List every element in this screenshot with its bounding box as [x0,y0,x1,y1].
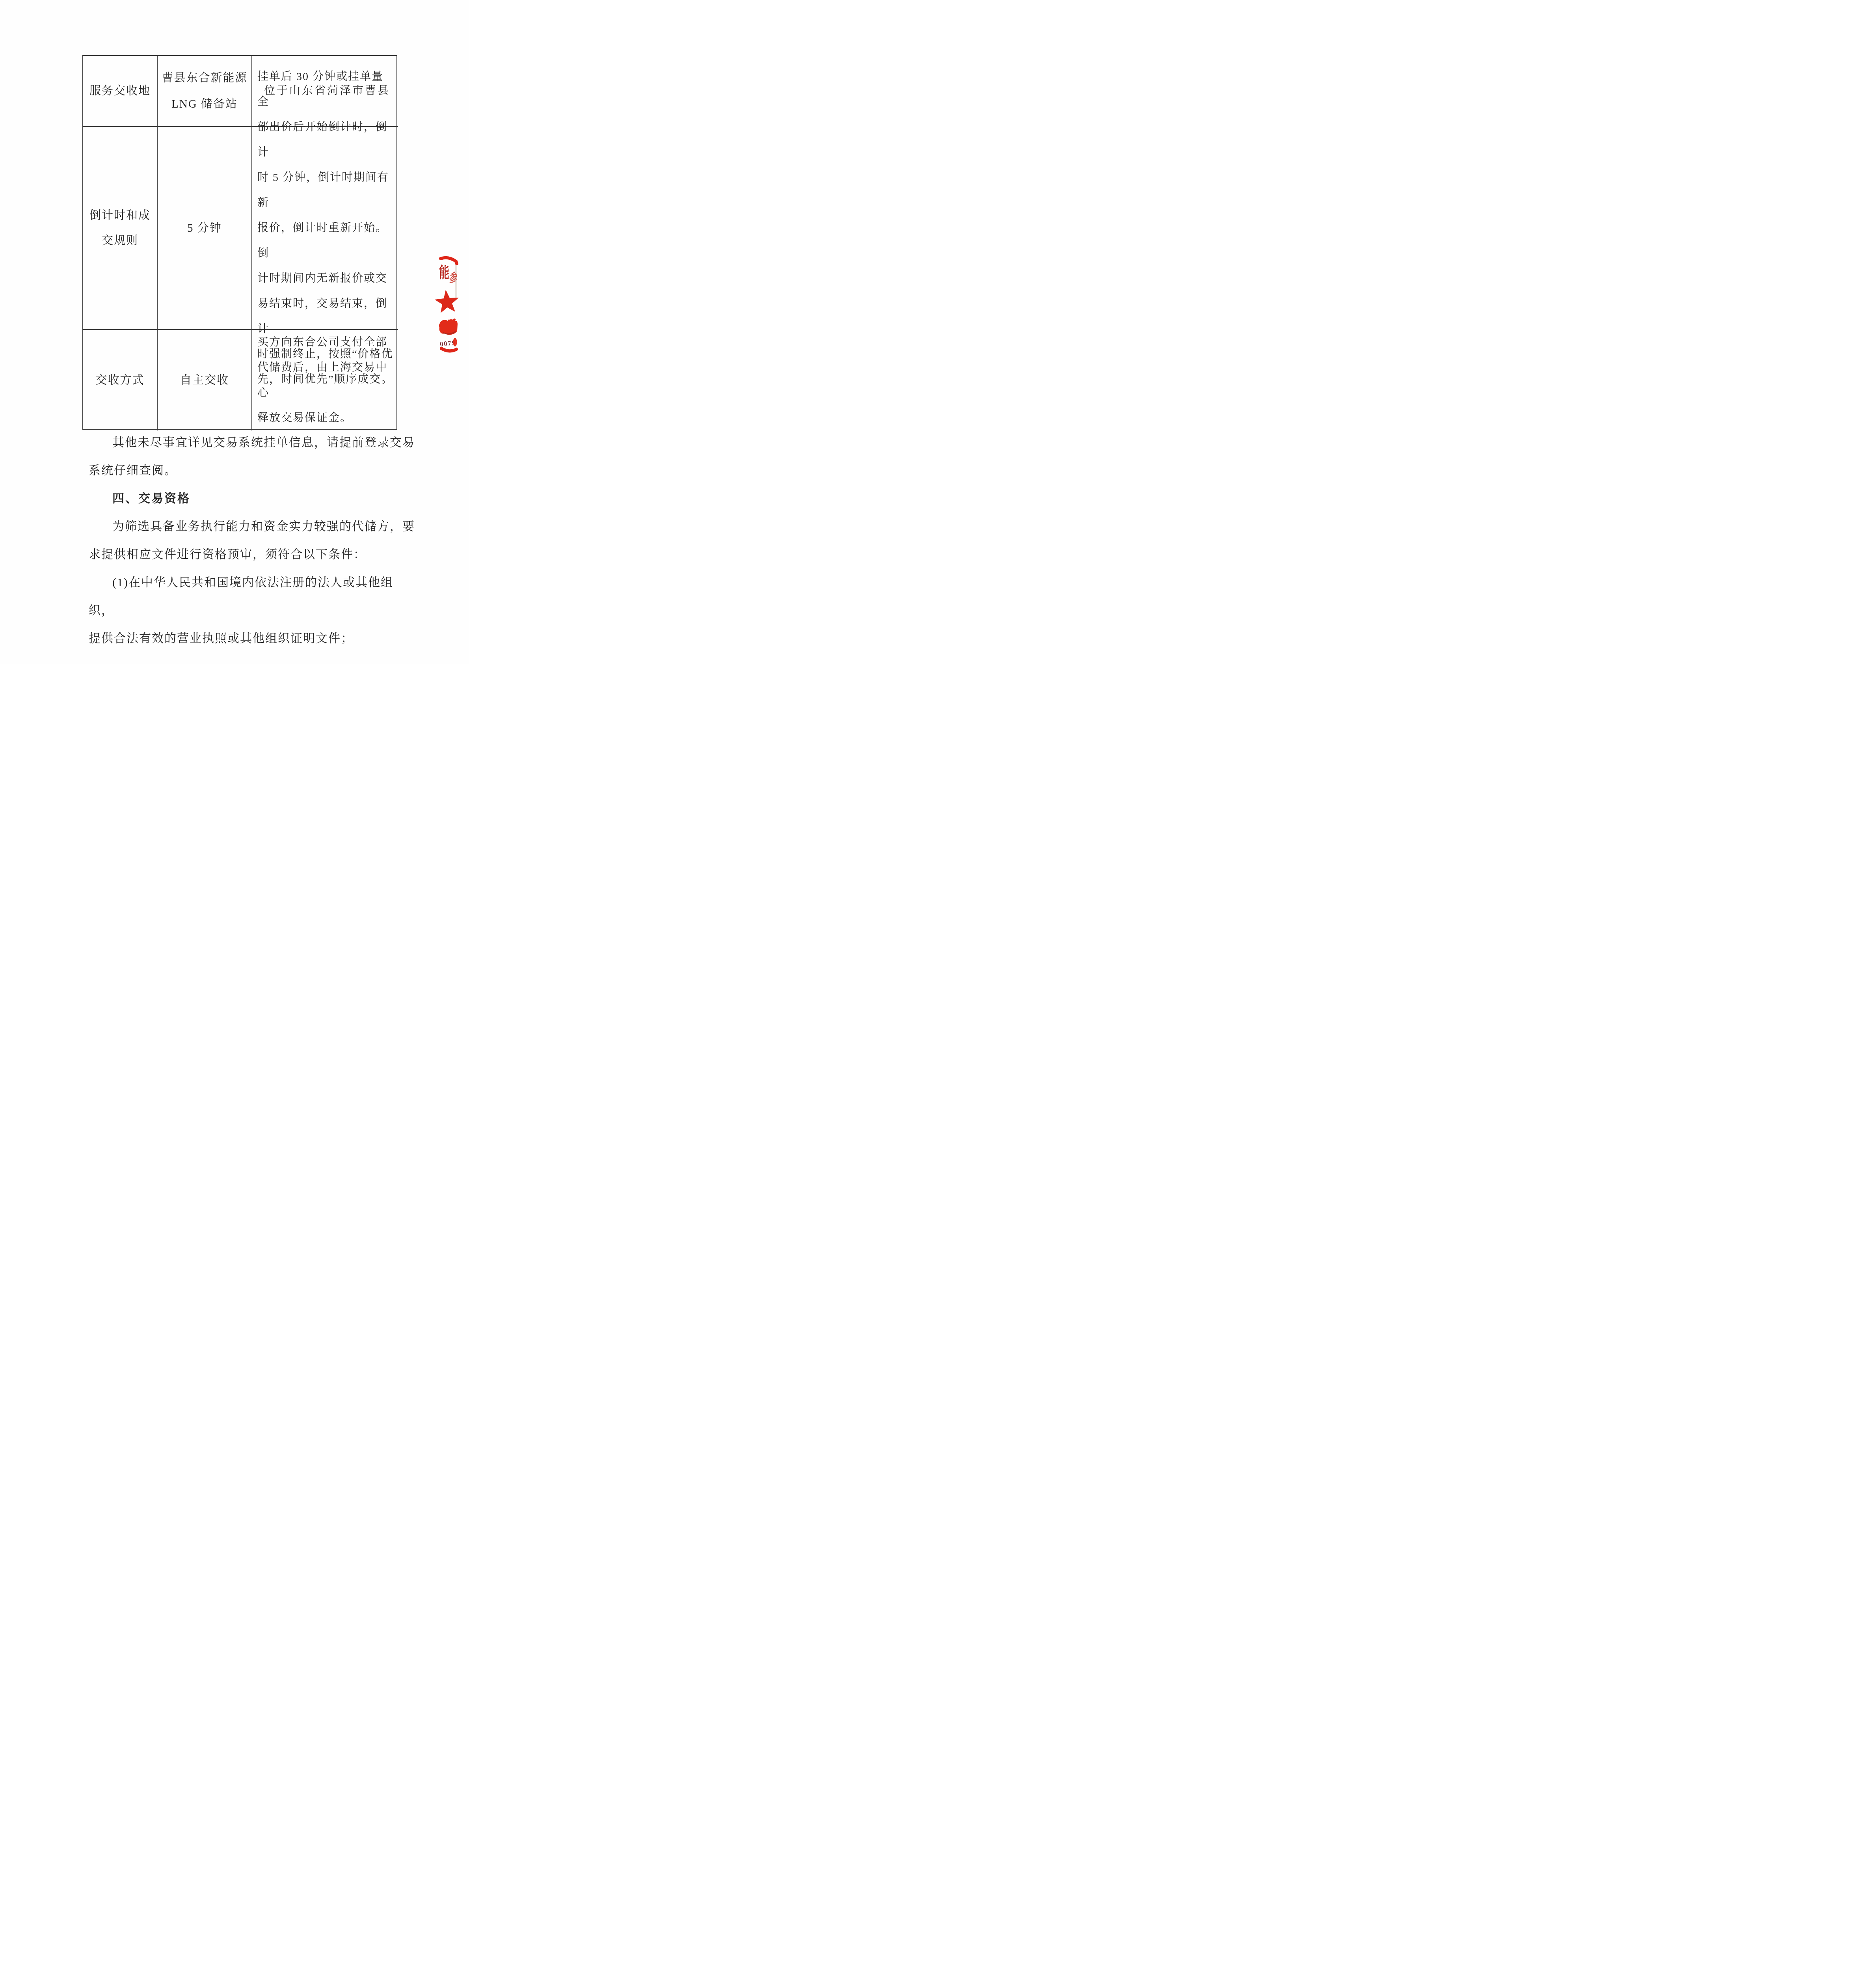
paragraph-other-matters: 其他未尽事宜详见交易系统挂单信息，请提前登录交易 系统仔细查阅。 [89,428,416,484]
seal-top-arc [441,258,457,264]
table-cell-settlement-mode-detail: 买方向东合公司支付全部 代储费后，由上海交易中心 释放交易保证金。 [252,330,398,430]
table-cell-settlement-mode-label: 交收方式 [83,330,158,430]
document-page: 服务交收地 曹县东合新能源 LNG 储备站 位于山东省菏泽市曹县 倒计时和成 交… [0,0,469,664]
table-cell-countdown-rule-value: 5 分钟 [158,127,252,330]
table-cell-settlement-mode-value: 自主交收 [158,330,252,430]
trade-rules-table: 服务交收地 曹县东合新能源 LNG 储备站 位于山东省菏泽市曹县 倒计时和成 交… [82,55,397,430]
table-cell-delivery-place-label: 服务交收地 [83,56,158,127]
table-cell-delivery-place-value: 曹县东合新能源 LNG 储备站 [158,56,252,127]
section-heading: 四、交易资格 [89,484,416,512]
paragraph-qualification-intro: 为筛选具备业务执行能力和资金实力较强的代储方，要 求提供相应文件进行资格预审，须… [89,512,416,568]
table-cell-countdown-rule-label: 倒计时和成 交规则 [83,127,158,330]
seal-bottom-arc [441,348,456,351]
paragraph-condition-1: (1)在中华人民共和国境内依法注册的法人或其他组织， 提供合法有效的营业执照或其… [89,568,416,652]
red-seal-stamp: 能 参 0079 [402,241,469,360]
body-text: 其他未尽事宜详见交易系统挂单信息，请提前登录交易 系统仔细查阅。 四、交易资格 … [89,428,416,652]
seal-character: 能 [439,264,449,281]
seal-serial-blot [453,338,457,347]
seal-star-icon [435,290,459,313]
table-cell-countdown-rule-detail: 挂单后 30 分钟或挂单量全 部出价后开始倒计时，倒计 时 5 分钟，倒计时期间… [252,127,398,330]
